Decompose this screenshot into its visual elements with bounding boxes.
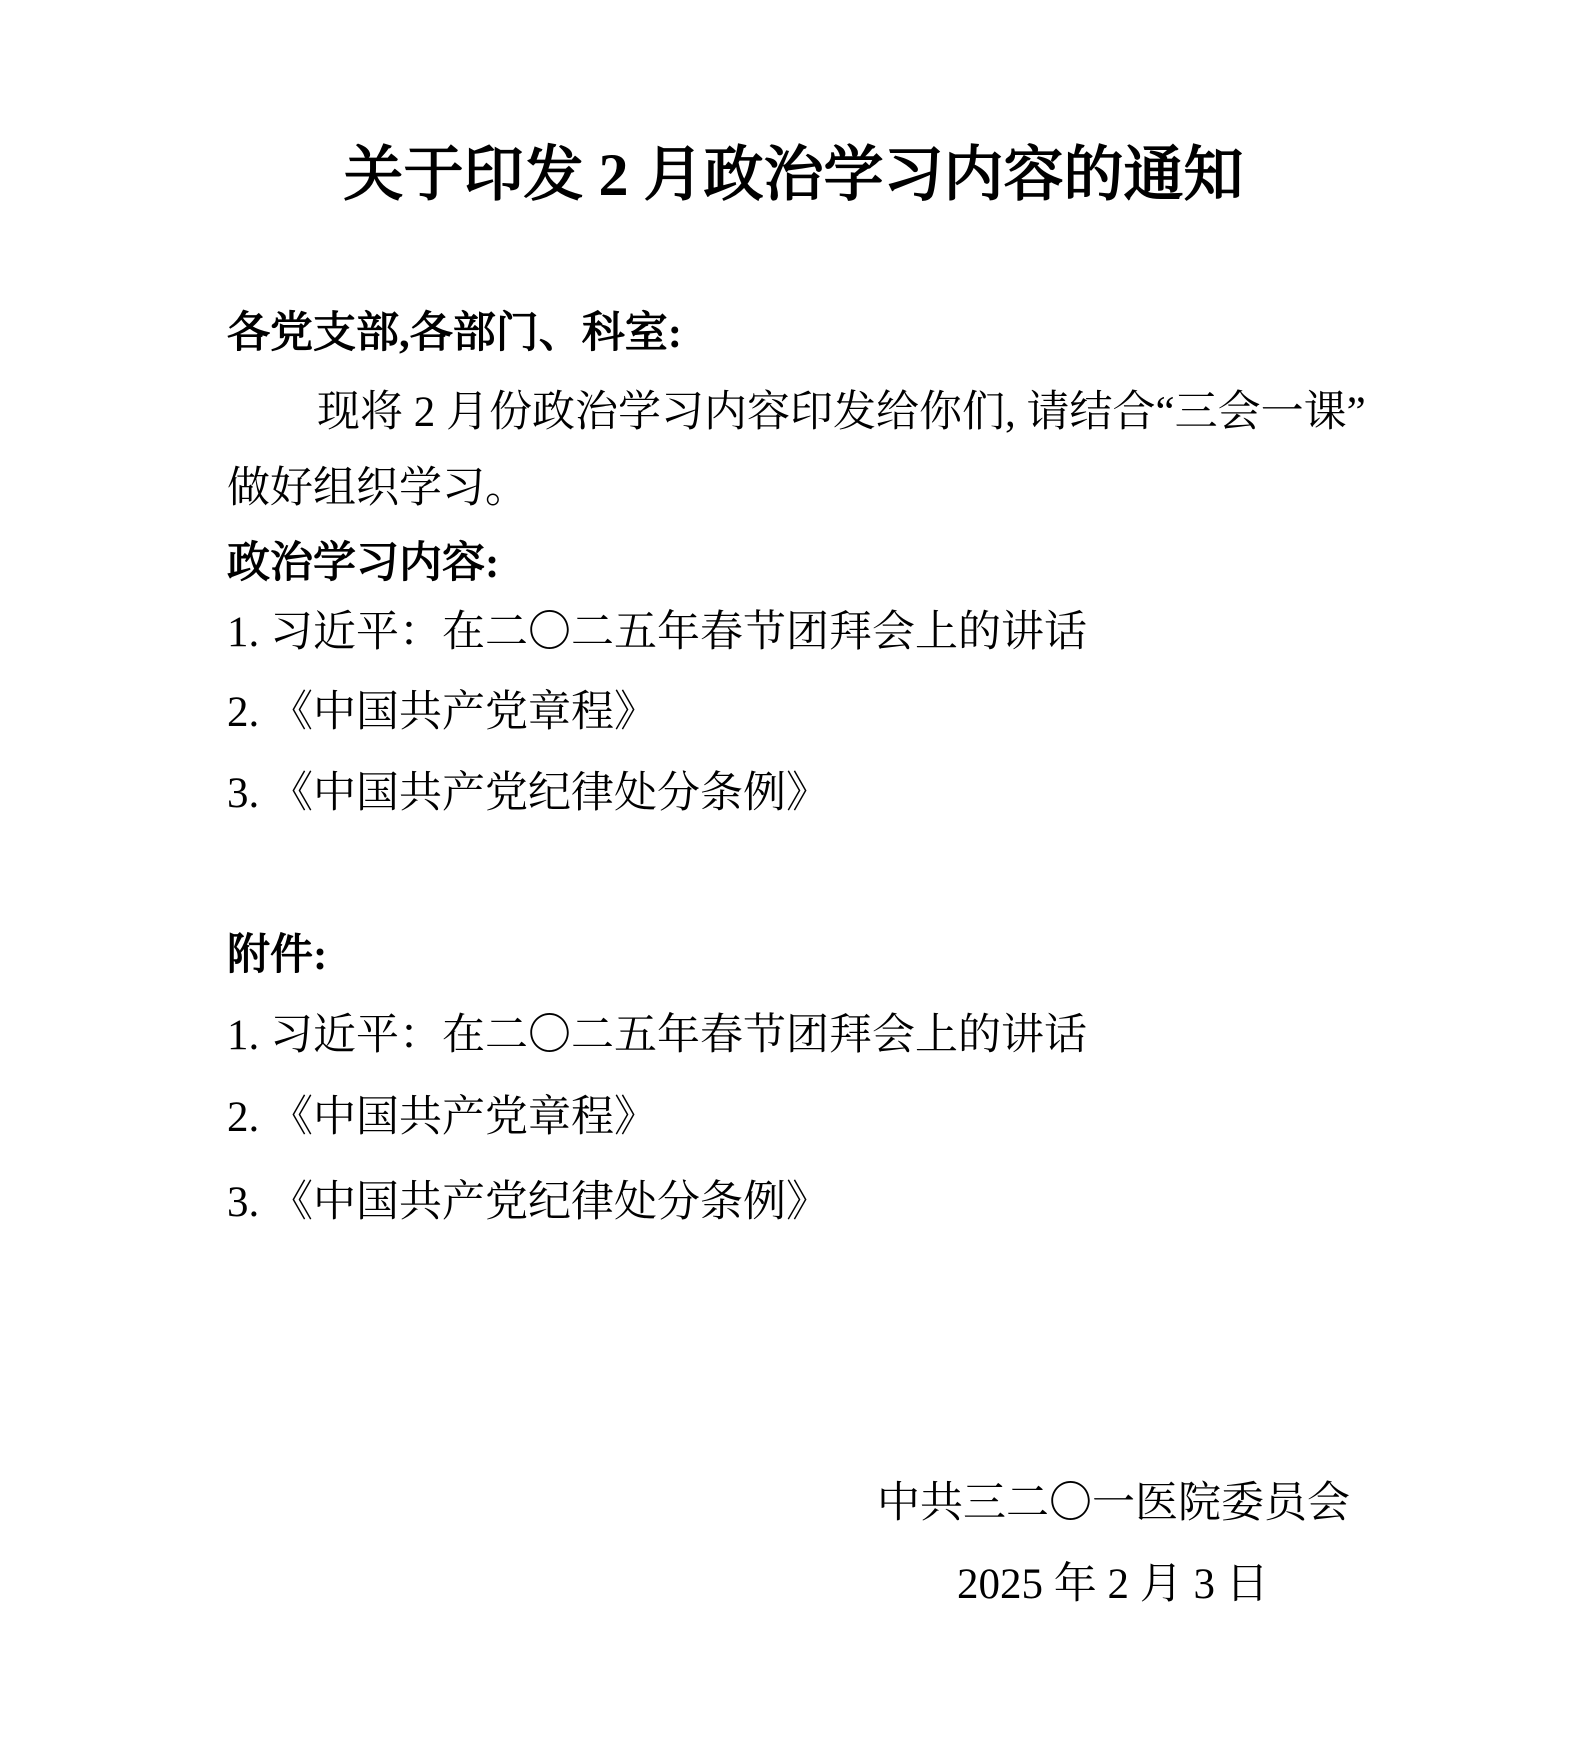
document-page: 关于印发 2 月政治学习内容的通知 各党支部,各部门、科室: 现将 2 月份政治…: [0, 0, 1587, 1751]
study-item-3: 3. 《中国共产党纪律处分条例》: [227, 771, 829, 817]
study-item-2: 2. 《中国共产党章程》: [227, 690, 657, 736]
attachments-heading: 附件:: [227, 933, 327, 979]
body-paragraph-line-1: 现将 2 月份政治学习内容印发给你们, 请结合“三会一课”: [317, 390, 1366, 436]
signature-date: 2025 年 2 月 3 日: [957, 1562, 1269, 1608]
attachment-item-2: 2. 《中国共产党章程》: [227, 1095, 657, 1141]
attachment-item-1: 1. 习近平：在二〇二五年春节团拜会上的讲话: [227, 1013, 1087, 1059]
signature-committee: 中共三二〇一医院委员会: [877, 1481, 1350, 1527]
attachment-item-3: 3. 《中国共产党纪律处分条例》: [227, 1180, 829, 1226]
body-paragraph-line-2: 做好组织学习。: [227, 466, 528, 512]
study-content-heading: 政治学习内容:: [227, 541, 499, 587]
study-item-1: 1. 习近平：在二〇二五年春节团拜会上的讲话: [227, 610, 1087, 656]
salutation: 各党支部,各部门、科室:: [227, 311, 682, 357]
document-title: 关于印发 2 月政治学习内容的通知: [0, 142, 1587, 208]
